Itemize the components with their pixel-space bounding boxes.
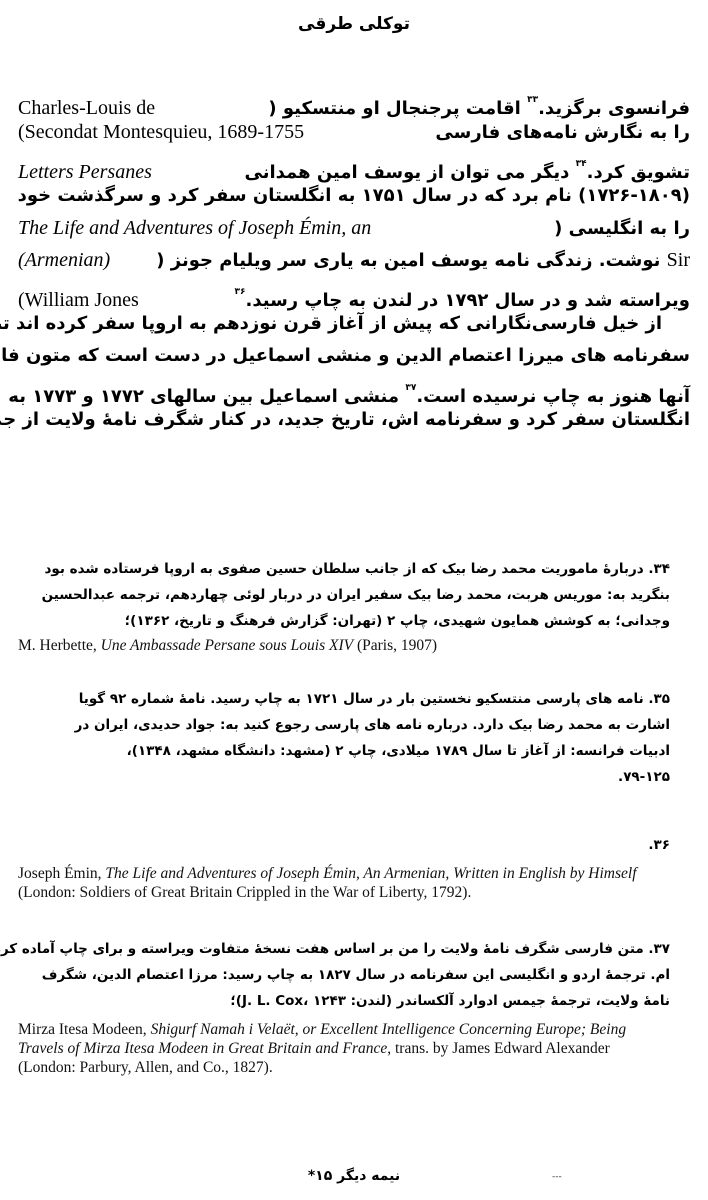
body-line-5: را به انگلیسی ( The Life and Adventures … bbox=[18, 212, 690, 244]
body-line-9: سفرنامه های میرزا اعتصام الدین و منشی اس… bbox=[18, 340, 690, 372]
footnote-ref-37[interactable]: ۳۷ bbox=[405, 383, 416, 393]
body-line-1: فرانسوی برگزید.۳۳ اقامت پرجنجال او منتسک… bbox=[18, 84, 690, 116]
footnote-36: ۳۶. Joseph Émin, The Life and Adventures… bbox=[18, 832, 670, 902]
main-body-text: فرانسوی برگزید.۳۳ اقامت پرجنجال او منتسک… bbox=[18, 84, 690, 436]
footnote-35: ۳۵. نامه های پارسی منتسکیو نخستین بار در… bbox=[18, 686, 670, 790]
body-line-8: از خیل فارسی‌نگارانی که پیش از آغاز قرن … bbox=[18, 308, 690, 340]
running-header: توکلی طرقی bbox=[0, 14, 708, 34]
body-line-7: ویراسته شد و در سال ۱۷۹۲ در لندن به چاپ … bbox=[18, 276, 690, 308]
footnote-ref-33[interactable]: ۳۳ bbox=[527, 95, 538, 105]
footnote-ref-34[interactable]: ۳۴ bbox=[576, 159, 587, 169]
body-line-10: آنها هنوز به چاپ نرسیده است.۳۷ منشی اسما… bbox=[18, 372, 690, 404]
body-line-4: (۱۷۲۶-۱۸۰۹) نام برد که در سال ۱۷۵۱ به ان… bbox=[18, 180, 690, 212]
footnote-37: ۳۷. متن فارسی شگرف نامهٔ ولایت را من بر … bbox=[18, 936, 670, 1077]
footnote-34: ۳۴. دربارهٔ ماموریت محمد رضا بیک که از ج… bbox=[18, 556, 670, 655]
body-line-6: Sir نوشت. زندگی نامه یوسف امین به یاری س… bbox=[18, 244, 690, 276]
footer-mark: --- bbox=[552, 1172, 562, 1182]
body-line-11: انگلستان سفر کرد و سفرنامه اش، تاریخ جدی… bbox=[18, 404, 690, 436]
body-line-3: تشویق کرد.۳۴ دیگر می توان از یوسف امین ه… bbox=[18, 148, 690, 180]
page-footer: نیمه دیگر ۱۵* bbox=[0, 1168, 708, 1184]
footnote-ref-36[interactable]: ۳۶ bbox=[235, 287, 246, 297]
